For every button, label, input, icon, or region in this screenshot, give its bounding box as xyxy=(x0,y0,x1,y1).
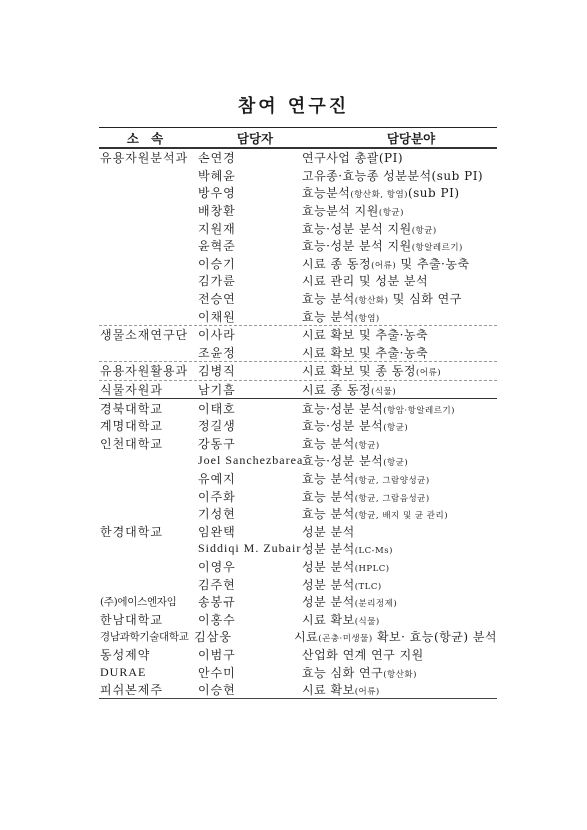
cell-person: 이범구 xyxy=(198,646,302,663)
role-note: (항산화, 항염) xyxy=(350,190,408,200)
role-text: 효능 분석 xyxy=(302,292,355,306)
cell-person: 김가륜 xyxy=(198,272,302,289)
cell-person: 손연경 xyxy=(198,149,302,166)
table-row: Siddiqi M. Zubair성분 분석(LC-Ms) xyxy=(99,540,497,558)
cell-role: 시료 종 동정(어류) 및 추출·농축 xyxy=(302,255,497,272)
cell-affiliation: 유용자원분석과 xyxy=(99,149,198,166)
cell-person: 이영우 xyxy=(198,558,302,575)
table-row: 지원재효능·성분 분석 지원(항균) xyxy=(99,219,497,237)
table-row: 김주현성분 분석(TLC) xyxy=(99,575,497,593)
table-row: 한남대학교이홍수시료 확보(식물) xyxy=(99,610,497,628)
cell-person: 이채원 xyxy=(198,308,302,325)
page-title: 참여 연구진 xyxy=(0,92,587,118)
table-row: (주)에이스엔자임송봉규성분 분석(분리정제) xyxy=(99,593,497,611)
cell-role: 효능 분석(항균, 그람음성균) xyxy=(302,488,497,505)
cell-affiliation: 경남과학기술대학교 xyxy=(99,629,194,644)
table-row: 경북대학교이태호효능·성분 분석(항암·항알레르기) xyxy=(99,398,497,417)
cell-role: 효능 분석(항산화) 및 심화 연구 xyxy=(302,290,497,307)
cell-affiliation: 한경대학교 xyxy=(99,523,198,540)
role-text: 효능·성분 분석 xyxy=(302,454,383,468)
role-suffix: (sub PI) xyxy=(408,186,460,200)
cell-person: 방우영 xyxy=(198,184,302,201)
cell-person: 정길생 xyxy=(198,417,302,434)
role-text: 효능분석 xyxy=(302,186,350,200)
cell-role: 시료 확보(식물) xyxy=(302,611,497,628)
cell-person: Siddiqi M. Zubair xyxy=(198,541,302,556)
cell-person: 이승현 xyxy=(198,681,302,698)
cell-role: 효능·성분 분석(항암·항알레르기) xyxy=(302,400,497,417)
role-text: 성분 분석 xyxy=(302,525,355,539)
cell-role: 시료 확보 및 종 동정(어류) xyxy=(302,362,497,379)
role-note: (항염) xyxy=(355,314,380,324)
role-note: (항균) xyxy=(379,208,404,218)
role-text: 산업화 연계 연구 지원 xyxy=(302,648,424,662)
cell-person: 송봉규 xyxy=(198,593,302,610)
cell-role: 효능분석(항산화, 항염)(sub PI) xyxy=(302,184,497,201)
cell-affiliation: 유용자원활용과 xyxy=(99,362,198,379)
table-row: 피쉬본제주이승현시료 확보(어류) xyxy=(99,681,497,700)
cell-affiliation: 식물자원과 xyxy=(99,381,198,398)
cell-role: 연구사업 총괄(PI) xyxy=(302,149,497,166)
cell-role: 효능·성분 분석(항균) xyxy=(302,417,497,434)
table-header: 소 속 담당자 담당분야 xyxy=(99,127,497,149)
role-text: 효능 분석 xyxy=(302,472,355,486)
role-note: (항균) xyxy=(383,458,408,468)
role-text: 시료 xyxy=(294,630,318,644)
header-role: 담당분야 xyxy=(315,129,497,147)
role-text: 효능분석 지원 xyxy=(302,204,379,218)
role-note: (항균, 그람음성균) xyxy=(355,494,430,504)
role-text: 시료 확보 및 추출·농축 xyxy=(302,328,428,342)
cell-person: 전승연 xyxy=(198,290,302,307)
role-text: 시료 종 동정 xyxy=(302,383,371,397)
role-note: (항균) xyxy=(412,226,437,236)
role-text: 효능 분석 xyxy=(302,437,355,451)
cell-person: 배창환 xyxy=(198,202,302,219)
cell-person: 이태호 xyxy=(198,400,302,417)
table-row: 식물자원과남기흠시료 종 동정(식물) xyxy=(99,380,497,399)
role-note: (곤충·미생물) xyxy=(318,634,372,644)
cell-role: 효능 심화 연구(항산화) xyxy=(302,664,497,681)
cell-role: 시료 확보 및 추출·농축 xyxy=(302,326,497,343)
role-note: (식물) xyxy=(371,387,396,397)
cell-affiliation: 경북대학교 xyxy=(99,400,198,417)
cell-person: 김병직 xyxy=(198,362,302,379)
cell-person: 기성현 xyxy=(198,505,302,522)
cell-person: 남기흠 xyxy=(198,381,302,398)
table-row: 윤혁준효능·성분 분석 지원(항알레르기) xyxy=(99,237,497,255)
cell-role: 시료(곤충·미생물) 확보· 효능(항균) 분석 xyxy=(294,628,497,645)
role-note: (분리정제) xyxy=(355,599,397,609)
cell-affiliation: 동성제약 xyxy=(99,646,198,663)
role-note: (항균) xyxy=(383,423,408,433)
table-row: 조윤정시료 확보 및 추출·농축 xyxy=(99,344,497,362)
cell-role: 시료 확보 및 추출·농축 xyxy=(302,344,497,361)
cell-role: 고유종·효능종 성분분석(sub PI) xyxy=(302,167,497,184)
role-text: 효능 분석 xyxy=(302,490,355,504)
cell-affiliation: 생물소재연구단 xyxy=(99,326,198,343)
role-note: (항알레르기) xyxy=(412,243,463,253)
role-text: 효능·성분 분석 지원 xyxy=(302,222,412,236)
cell-role: 산업화 연계 연구 지원 xyxy=(302,646,497,663)
cell-role: 성분 분석(LC-Ms) xyxy=(302,540,497,557)
table-row: 배창환효능분석 지원(항균) xyxy=(99,202,497,220)
cell-affiliation: DURAE xyxy=(99,665,198,680)
cell-person: 조윤정 xyxy=(198,344,302,361)
role-note: (항산화) xyxy=(383,670,417,680)
table-row: 유용자원분석과손연경연구사업 총괄(PI) xyxy=(99,149,497,167)
cell-person: 임완택 xyxy=(198,523,302,540)
table-row: 박혜윤고유종·효능종 성분분석(sub PI) xyxy=(99,167,497,185)
role-text: 성분 분석 xyxy=(302,578,355,592)
cell-person: 이사라 xyxy=(198,326,302,343)
table-row: 동성제약이범구산업화 연계 연구 지원 xyxy=(99,646,497,664)
table-row: 한경대학교임완택성분 분석 xyxy=(99,522,497,540)
role-text: 성분 분석 xyxy=(302,595,355,609)
table-row: 김가륜시료 관리 및 성분 분석 xyxy=(99,272,497,290)
table-body: 유용자원분석과손연경연구사업 총괄(PI)박혜윤고유종·효능종 성분분석(sub… xyxy=(99,149,497,699)
role-text: 시료 확보 xyxy=(302,683,355,697)
cell-role: 효능 분석(항균, 그람양성균) xyxy=(302,470,497,487)
table-row: 이승기시료 종 동정(어류) 및 추출·농축 xyxy=(99,255,497,273)
table-row: 전승연효능 분석(항산화) 및 심화 연구 xyxy=(99,290,497,308)
table-row: 이채원효능 분석(항염) xyxy=(99,307,497,325)
role-text: 시료 종 동정 xyxy=(302,257,371,271)
role-note: (LC-Ms) xyxy=(355,546,393,556)
table-row: 인천대학교강동구효능 분석(항균) xyxy=(99,435,497,453)
role-note: (어류) xyxy=(416,368,441,378)
role-text: 효능·성분 분석 xyxy=(302,402,383,416)
role-suffix: 및 심화 연구 xyxy=(388,292,461,306)
cell-role: 성분 분석(TLC) xyxy=(302,576,497,593)
cell-role: 시료 확보(어류) xyxy=(302,681,497,698)
table-row: 이주화효능 분석(항균, 그람음성균) xyxy=(99,487,497,505)
table-row: 이영우성분 분석(HPLC) xyxy=(99,558,497,576)
cell-person: 김주현 xyxy=(198,576,302,593)
role-suffix: 확보· 효능(항균) 분석 xyxy=(373,630,497,644)
cell-person: 윤혁준 xyxy=(198,237,302,254)
cell-person: 이주화 xyxy=(198,488,302,505)
header-person: 담당자 xyxy=(195,129,315,147)
role-text: 시료 확보 및 종 동정 xyxy=(302,364,416,378)
cell-affiliation: 한남대학교 xyxy=(99,611,198,628)
cell-person: Joel Sanchezbarea xyxy=(198,453,302,468)
cell-affiliation: 계명대학교 xyxy=(99,417,198,434)
role-text: 효능 심화 연구 xyxy=(302,666,383,680)
cell-role: 효능분석 지원(항균) xyxy=(302,202,497,219)
cell-person: 안수미 xyxy=(198,664,302,681)
header-affiliation: 소 속 xyxy=(99,129,195,147)
role-text: 연구사업 총괄(PI) xyxy=(302,151,403,165)
table-row: 방우영효능분석(항산화, 항염)(sub PI) xyxy=(99,184,497,202)
role-text: 시료 확보 및 추출·농축 xyxy=(302,346,428,360)
cell-role: 효능·성분 분석 지원(항균) xyxy=(302,220,497,237)
cell-role: 효능 분석(항균) xyxy=(302,435,497,452)
role-note: (항균, 배지 및 균 관리) xyxy=(355,511,448,521)
role-note: (TLC) xyxy=(355,582,382,592)
cell-person: 지원재 xyxy=(198,220,302,237)
role-text: 고유종·효능종 성분분석(sub PI) xyxy=(302,169,483,183)
cell-affiliation: (주)에이스엔자임 xyxy=(99,594,198,609)
cell-role: 성분 분석(HPLC) xyxy=(302,558,497,575)
role-note: (항균) xyxy=(355,441,380,451)
cell-role: 성분 분석(분리정제) xyxy=(302,593,497,610)
table-row: Joel Sanchezbarea효능·성분 분석(항균) xyxy=(99,452,497,470)
role-note: (어류) xyxy=(355,687,380,697)
cell-role: 효능·성분 분석 지원(항알레르기) xyxy=(302,237,497,254)
table-row: 유예지효능 분석(항균, 그람양성균) xyxy=(99,470,497,488)
table-row: 경남과학기술대학교김삼웅시료(곤충·미생물) 확보· 효능(항균) 분석 xyxy=(99,628,497,646)
cell-person: 유예지 xyxy=(198,470,302,487)
role-text: 성분 분석 xyxy=(302,542,355,556)
cell-role: 효능·성분 분석(항균) xyxy=(302,452,497,469)
table-row: DURAE안수미효능 심화 연구(항산화) xyxy=(99,663,497,681)
role-text: 효능 분석 xyxy=(302,310,355,324)
role-text: 효능·성분 분석 xyxy=(302,419,383,433)
role-text: 시료 확보 xyxy=(302,613,355,627)
table-row: 생물소재연구단이사라시료 확보 및 추출·농축 xyxy=(99,325,497,344)
cell-affiliation: 피쉬본제주 xyxy=(99,681,198,698)
cell-role: 시료 관리 및 성분 분석 xyxy=(302,272,497,289)
role-note: (어류) xyxy=(371,261,396,271)
table-row: 기성현효능 분석(항균, 배지 및 균 관리) xyxy=(99,505,497,523)
role-note: (HPLC) xyxy=(355,564,390,574)
researcher-table: 소 속 담당자 담당분야 유용자원분석과손연경연구사업 총괄(PI)박혜윤고유종… xyxy=(99,127,497,699)
cell-person: 강동구 xyxy=(198,435,302,452)
cell-person: 이홍수 xyxy=(198,611,302,628)
role-note: (항암·항알레르기) xyxy=(383,406,455,416)
cell-person: 김삼웅 xyxy=(194,628,294,645)
role-text: 효능·성분 분석 지원 xyxy=(302,239,412,253)
table-row: 유용자원활용과김병직시료 확보 및 종 동정(어류) xyxy=(99,361,497,380)
role-text: 시료 관리 및 성분 분석 xyxy=(302,274,428,288)
role-text: 성분 분석 xyxy=(302,560,355,574)
role-note: (항산화) xyxy=(355,296,389,306)
cell-person: 이승기 xyxy=(198,255,302,272)
cell-role: 효능 분석(항염) xyxy=(302,308,497,325)
cell-role: 효능 분석(항균, 배지 및 균 관리) xyxy=(302,505,497,522)
cell-role: 시료 종 동정(식물) xyxy=(302,381,497,398)
role-note: (식물) xyxy=(355,617,380,627)
table-row: 계명대학교정길생효능·성분 분석(항균) xyxy=(99,417,497,435)
role-suffix: 및 추출·농축 xyxy=(396,257,469,271)
role-note: (항균, 그람양성균) xyxy=(355,476,430,486)
cell-role: 성분 분석 xyxy=(302,523,497,540)
cell-affiliation: 인천대학교 xyxy=(99,435,198,452)
role-text: 효능 분석 xyxy=(302,507,355,521)
cell-person: 박혜윤 xyxy=(198,167,302,184)
